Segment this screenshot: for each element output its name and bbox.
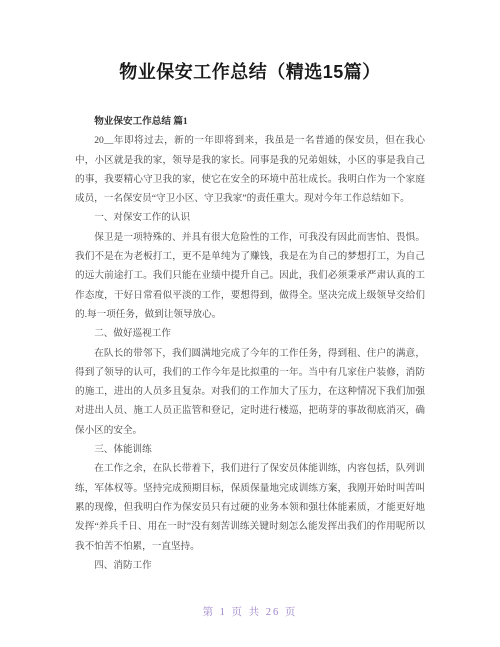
section-heading: 四、消防工作 xyxy=(75,556,425,575)
paragraph: 保卫是一项特殊的、并具有很大危险性的工作，可我没有因此而害怕、畏惧。我们不是在为… xyxy=(75,228,425,324)
section-heading: 二、做好巡视工作 xyxy=(75,324,425,343)
document-body: 物业保安工作总结 篇120__年即将过去，新的一年即将到来，我虽是一名普通的保安… xyxy=(75,112,425,575)
paragraph: 在队长的带邻下，我们圆满地完成了今年的工作任务，得到租、住户的满意，得到了领导的… xyxy=(75,344,425,440)
paragraph: 在工作之余，在队长带着下，我们进行了保安员体能训练，内容包括，队列训练，军体权等… xyxy=(75,459,425,555)
document-title: 物业保安工作总结（精选15篇） xyxy=(0,0,500,86)
page-number-indicator: 第 1 页 共 26 页 xyxy=(0,604,500,619)
section-heading: 三、体能训练 xyxy=(75,440,425,459)
document-page: 物业保安工作总结（精选15篇） 物业保安工作总结 篇120__年即将过去，新的一… xyxy=(0,0,500,647)
paragraph: 20__年即将过去，新的一年即将到来，我虽是一名普通的保安员，但在我心中，小区就… xyxy=(75,131,425,208)
section-heading: 一、对保安工作的认识 xyxy=(75,208,425,227)
document-subtitle: 物业保安工作总结 篇1 xyxy=(75,112,425,131)
